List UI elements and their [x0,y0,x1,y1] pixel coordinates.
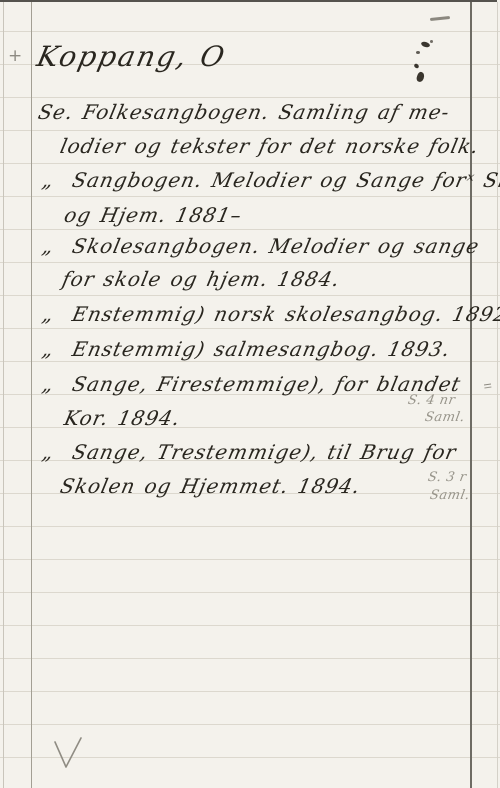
ink-smudge [415,71,425,83]
manuscript-line: for skole og hjem. 1884. [60,267,343,291]
page-right-edge [497,2,498,788]
manuscript-line: „ Sange, Trestemmige), til Brug for [40,440,459,464]
pencil-dash-mark [430,16,450,21]
pencil-shelf-note: Saml. [424,410,466,425]
manuscript-line: „ Sangbogen. Melodier og Sange forˣ Skol… [40,168,500,192]
right-margin-line [470,2,472,788]
pencil-tick-mark [484,384,491,386]
manuscript-page: + Koppang, O Se. Folkesangbogen. Samling… [0,0,500,788]
manuscript-line: „ Sange, Firestemmige), for blandet [40,372,463,396]
pencil-shelf-note: S. 3 r [427,470,468,485]
ink-smudge [430,40,433,43]
manuscript-line: lodier og tekster for det norske folk. [58,134,482,158]
manuscript-line: og Hjem. 1881– [62,203,244,227]
manuscript-line: Kor. 1894. [62,406,183,430]
plus-pencil-mark: + [8,46,22,66]
page-left-edge [3,2,4,788]
manuscript-line: „ Enstemmig) salmesangbog. 1893. [40,337,453,361]
page-top-edge [0,0,497,2]
left-margin-line [31,2,32,788]
manuscript-line: Skolen og Hjemmet. 1894. [58,474,363,498]
ink-smudge [416,51,420,54]
manuscript-line: Se. Folkesangbogen. Samling af me- [36,100,452,124]
pencil-shelf-note: Saml. [429,488,471,503]
ink-smudge [420,41,430,49]
check-mark [52,736,84,770]
pencil-shelf-note: S. 4 nr [407,393,457,408]
manuscript-line: „ Enstemmig) norsk skolesangbog. 1892. [40,302,500,326]
manuscript-line: „ Skolesangbogen. Melodier og sange [40,234,482,258]
ink-smudge [413,63,419,69]
page-title: Koppang, O [34,40,229,73]
